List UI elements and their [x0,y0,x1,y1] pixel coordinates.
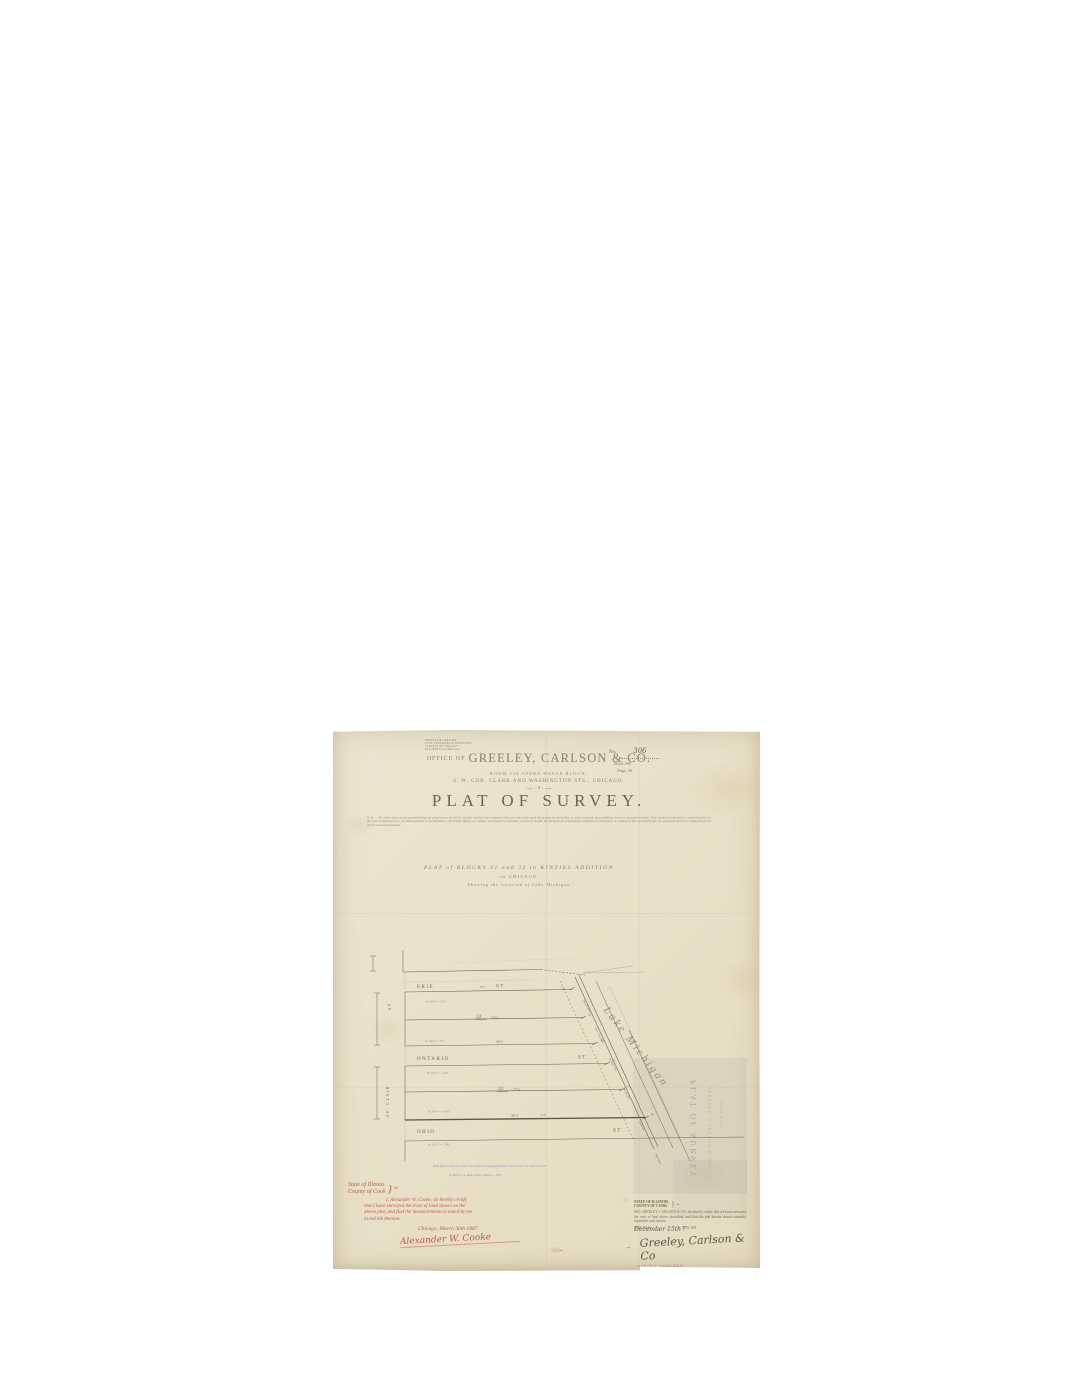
cert-red-body-line: in red ink thereon. [364,1217,536,1223]
block-32-dimension: 570.6 [491,1016,499,1020]
block-31-dimension: 577.2 [513,1088,521,1092]
street-label-st-clair: ST. CLAIR [385,1085,390,1117]
cert-print-date-city: CHICAGO, [634,1226,651,1230]
page-background: PLAT OF SURVEY GREELEY, CARLSON & CO. CH… [0,0,1071,1386]
shore-annotation: meander line [608,1057,617,1072]
red-tick: 41 [627,1085,631,1089]
street-label-erie: ERIE [417,985,434,990]
cert-print-venue: STATE OF ILLINOIS, COUNTY OF COOK. } ss. [634,1200,752,1208]
margin-brackets [370,956,380,1119]
red-ink-annotation: exhibit attached [638,1263,752,1268]
cert-red-venue: State of Illinois County of Cook } ss [348,1182,553,1195]
brace-glyph: } [671,1200,674,1208]
shore-annotation: dock line [638,1121,645,1132]
blue-footnote-1: Blue figures show the shore line of foot… [433,1164,547,1168]
street-label-st-short: ST. [387,1000,392,1010]
cert-print-county: COUNTY OF COOK. [634,1204,669,1208]
red-tick: 49 [651,1113,655,1117]
cert-red-state: State of Illinois [348,1182,386,1189]
street-label-ontario: ONTARIO [417,1057,450,1062]
street-label-ohio: OHIO [417,1130,436,1135]
ontario-dimension: 564.2 [496,1040,503,1044]
cert-red-body: I, Alexander W. Cooke, do hereby certify… [364,1198,536,1223]
red-dim-erie: 450 [480,985,485,989]
shore-annotation: line of 1821 [622,1087,631,1101]
blue-footnote-2: In 1872 U. S. Lake Survey datum — 30 ft [448,1173,502,1177]
shore-annotation: high water [654,1153,662,1166]
blue-note-5: In 1872 = 1790 [427,1143,450,1147]
cert-red-county: County of Cook [348,1189,386,1196]
block-31-number: 31 [498,1086,504,1092]
firm-certificate-printed: STATE OF ILLINOIS, COUNTY OF COOK. } ss.… [634,1200,752,1268]
survey-document: PLAT OF SURVEY GREELEY, CARLSON & CO. CH… [333,730,760,1271]
street-label-ontario-st: ST. [578,1056,589,1061]
street-label-erie-st: ST. [496,985,507,990]
lake-michigan-label: Lake Michigan [600,1004,671,1090]
cert-print-ss: ss. [677,1202,681,1206]
cert-print-body-line: WE, GREELEY, CARLSON & CO., do hereby [634,1210,703,1214]
shore-annotation: line of 1833 [582,999,591,1013]
surveyor-certificate-handwritten: State of Illinois County of Cook } ss I,… [348,1182,553,1245]
red-dim-mid: 14.45 [540,1114,547,1117]
blue-note-4: In 1874 = 1445 [427,1110,450,1114]
cert-print-body: WE, GREELEY, CARLSON & CO., do hereby ce… [634,1210,746,1223]
blue-note-2: In 1874 = 575 [424,1039,445,1043]
red-tick: 23 [562,987,566,991]
cert-print-date-ad: A. D. 188 [682,1226,696,1230]
red-tick: 26 [588,1013,592,1017]
shoreline-lines [560,966,690,1161]
street-label-ohio-st: ST. [613,1129,624,1134]
block-32-number: 32 [476,1014,482,1020]
cert-red-ss: ss [394,1186,398,1191]
blue-note-3: In 1872 = 1435 [426,1071,449,1075]
blue-note-1: In 1872 = 500 [425,1000,446,1004]
brace-glyph: } [388,1183,392,1195]
cert-red-date: Chicago, March 30th 1887. [418,1226,553,1232]
firm-signature: Greeley, Carlson & Co [639,1231,752,1263]
cert-print-body-line: above described, and that the plat hereo… [660,1215,732,1219]
block-boundary-lines [403,950,744,1161]
ohio-dimension: 581.4 [511,1114,518,1118]
